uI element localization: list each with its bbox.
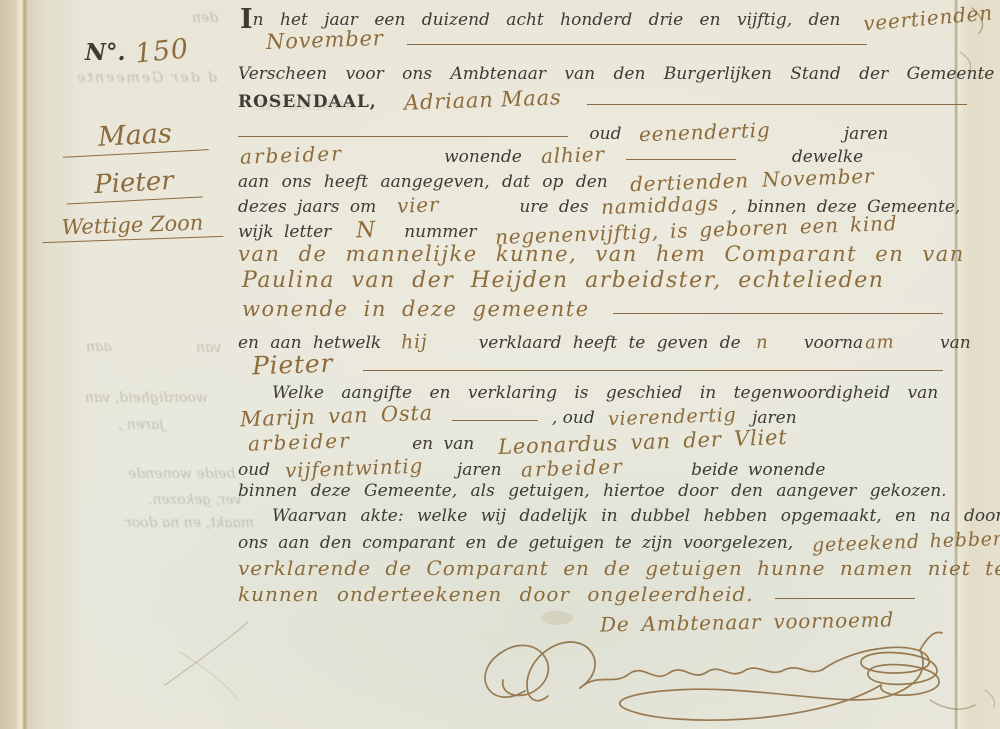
witness1-line: Marijn van Osta , oud vierendertig jaren — [240, 404, 797, 428]
fill-line — [626, 157, 736, 160]
handwritten-month: November — [266, 26, 384, 54]
act-number: N°. 150 — [85, 36, 189, 67]
margin-surname: Maas — [61, 116, 209, 158]
illiteracy-statement-2: kunnen onderteekenen door ongeleerdheid. — [238, 582, 754, 606]
witness2-age: vijfentwintig — [285, 454, 424, 483]
printed-text: aan ons heeft aangegeven, dat op den — [238, 172, 608, 192]
district-letter: N — [355, 218, 376, 244]
act-line-month: November — [266, 28, 867, 52]
bleedthrough-text: d der Gemeente — [75, 70, 217, 86]
margin-firstname: Pieter — [65, 164, 203, 204]
book-binding-edge — [0, 0, 82, 729]
witness2-name: Leonardus van der Vliet — [497, 425, 787, 459]
bleedthrough-text: aan — [86, 339, 112, 355]
act-number-label: N°. — [85, 39, 126, 66]
printed-text: binnen deze Gemeente, als getuigen, hier… — [238, 481, 947, 501]
bleedthrough-text: jaren , — [118, 417, 164, 433]
printed-text: ons aan den comparant en de getuigen te … — [238, 533, 793, 553]
printed-text: van — [940, 333, 971, 353]
bleedthrough-text: ver, gekozen. — [148, 492, 242, 508]
printed-text: oud — [589, 124, 621, 144]
bleedthrough-text: beide wonende — [128, 466, 235, 482]
bleedthrough-text: den — [192, 10, 218, 26]
declarant-residence: alhier — [541, 142, 606, 168]
parents-residence: wonende in deze gemeente — [242, 297, 590, 321]
official-caption: De Ambtenaar voornoemd — [600, 607, 894, 636]
printed-text: dezes jaars om — [238, 197, 376, 217]
fill-line — [613, 311, 943, 314]
fill-line — [238, 134, 568, 137]
child-firstname: Pieter — [252, 349, 334, 381]
child-gender-parents: van de mannelijke kunne, van hem Compara… — [238, 242, 965, 266]
printed-text: en van — [412, 434, 474, 454]
bleedthrough-text: maakt, en na door — [125, 515, 254, 531]
act-line-municipality: ROSENDAAL, Adriaan Maas — [238, 88, 967, 112]
printed-text: n — [253, 10, 264, 30]
fill-line — [363, 368, 943, 371]
closing-line-1: Waarvan akte: welke wij dadelijk in dubb… — [272, 506, 1000, 526]
act-line-mother: Paulina van der Heijden arbeidster, echt… — [242, 268, 884, 293]
declarant-age: eenendertig — [639, 118, 771, 147]
witness2-line: arbeider en van Leonardus van der Vliet — [248, 430, 787, 454]
witness1-occupation: arbeider — [248, 428, 351, 456]
margin-legitimacy: Wettige Zoon — [42, 210, 224, 243]
act-line-child-name: Pieter — [252, 350, 943, 379]
witness2-occupation: arbeider — [521, 454, 624, 482]
printed-text: jaren — [457, 460, 502, 480]
birth-register-page: den d der Gemeente ROSENDAAL aan van woo… — [0, 0, 1000, 729]
printed-text: ure des — [519, 197, 588, 217]
closing-line-4: kunnen onderteekenen door ongeleerdheid. — [238, 582, 915, 606]
act-line-parents-residence: wonende in deze gemeente — [242, 297, 943, 321]
closing-line-2: ons aan den comparant en de getuigen te … — [238, 531, 1000, 553]
act-line-gender: van de mannelijke kunne, van hem Compara… — [238, 242, 965, 266]
fill-line — [407, 42, 867, 45]
fill-line — [452, 418, 538, 421]
official-caption-line: De Ambtenaar voornoemd — [600, 610, 894, 634]
fill-line — [775, 596, 915, 599]
mother-name: Paulina van der Heijden arbeidster, echt… — [242, 268, 884, 293]
fill-line — [587, 102, 967, 105]
printed-text: Verscheen voor ons Ambtenaar van den Bur… — [238, 64, 994, 84]
illiteracy-statement-1: verklarende de Comparant en de getuigen … — [238, 556, 1000, 580]
act-number-value: 150 — [133, 33, 190, 69]
printed-text: nummer — [404, 222, 476, 242]
witness1-age: vierendertig — [608, 404, 737, 430]
witness2-details-line: oud vijfentwintig jaren arbeider beide w… — [238, 456, 825, 480]
printed-text: wonende — [444, 147, 522, 167]
printed-text: oud — [238, 460, 270, 480]
witness-intro-line: Welke aangifte en verklaring is geschied… — [272, 383, 938, 403]
witness-closing-line: binnen deze Gemeente, als getuigen, hier… — [238, 481, 947, 501]
bleedthrough-text: van — [196, 340, 221, 356]
printed-text: , oud — [552, 408, 595, 428]
municipality-name: ROSENDAAL, — [238, 92, 377, 112]
bleedthrough-text: woordigheid, van — [85, 390, 208, 406]
declarant-name: Adriaan Maas — [404, 85, 562, 114]
act-line-occupation: arbeider wonende alhier dewelke — [240, 143, 863, 167]
act-line-age: oud eenendertig jaren — [238, 120, 888, 144]
signed-statement: geteekend hebben, — [811, 528, 1000, 557]
witness1-name: Marijn van Osta — [240, 401, 434, 432]
drop-cap: I — [240, 4, 253, 35]
printed-text: Waarvan akte: welke wij dadelijk in dubb… — [272, 506, 1000, 526]
printed-text: beide wonende — [691, 460, 825, 480]
act-line-address: wijk letter N nummer negenenvijftig, is … — [238, 218, 897, 243]
declarant-occupation: arbeider — [240, 141, 343, 169]
birth-date: dertienden November — [630, 164, 875, 197]
closing-line-3: verklarende de Comparant en de getuigen … — [238, 556, 1000, 580]
printed-text: wijk letter — [238, 222, 331, 242]
birth-daypart: namiddags — [601, 191, 720, 219]
printed-text: jaren — [844, 124, 889, 144]
printed-text: Welke aangifte en verklaring is geschied… — [272, 383, 938, 403]
birth-hour: vier — [396, 192, 439, 217]
act-line-appeared: Verscheen voor ons Ambtenaar van den Bur… — [238, 64, 994, 84]
act-line-declared-date: aan ons heeft aangegeven, dat op den der… — [238, 168, 874, 192]
